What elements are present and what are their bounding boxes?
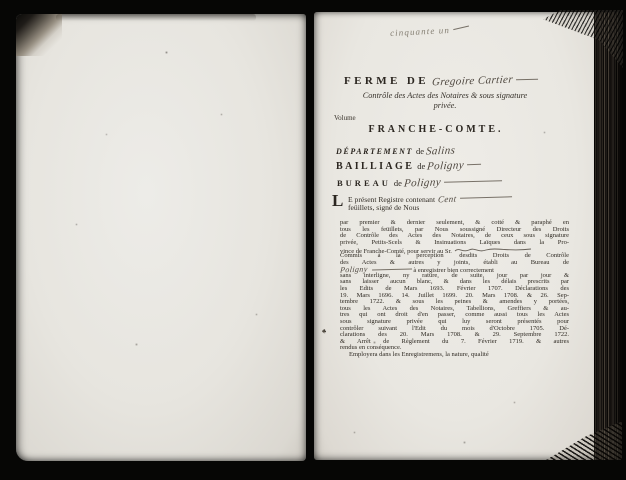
margin-mark: ♣ — [322, 328, 327, 336]
left-blank-page — [16, 14, 306, 461]
subtitle-line2: privée. — [326, 101, 564, 110]
handwritten-folio-annotation: cinquante un — [390, 24, 469, 38]
departement-label: DÉPARTEMENT — [336, 147, 413, 156]
subtitle-line1: Contrôle des Actes des Notaires & sous s… — [326, 91, 564, 100]
province-heading: FRANCHE-COMTE. — [326, 124, 546, 135]
bailliage-line: BAILLIAGEdePoligny — [336, 156, 481, 174]
right-title-page: cinquante un FERME DEGregoire Cartier Co… — [314, 12, 598, 460]
book-scan: cinquante un FERME DEGregoire Cartier Co… — [0, 0, 626, 480]
bureau-line: BUREAUdePoligny — [337, 173, 502, 191]
registre-count-handwritten: Cent — [438, 194, 457, 205]
ferme-name-handwritten: Gregoire Cartier — [431, 74, 513, 89]
dropcap-L: L — [332, 192, 343, 209]
ink-flourish — [516, 76, 538, 81]
annotation-text: cinquante un — [390, 25, 450, 38]
edge-smudge — [56, 14, 256, 21]
paper-specks — [314, 12, 315, 13]
bailliage-label: BAILLIAGE — [336, 161, 414, 172]
paragraph-line: privée, Petits-Scels & Insinuations Laïq… — [340, 240, 569, 247]
departement-prefix: de — [416, 146, 424, 156]
bureau-name-handwritten: Poligny — [340, 267, 368, 275]
ink-flourish — [444, 177, 502, 183]
ink-flourish — [453, 23, 469, 30]
bailliage-value-handwritten: Poligny — [427, 159, 465, 172]
body-paragraph: par premier & dernier seulement, & cotté… — [340, 220, 569, 358]
bailliage-prefix: de — [417, 161, 425, 171]
volume-label: Volume — [334, 114, 356, 122]
bureau-value-handwritten: Poligny — [403, 176, 441, 189]
ink-flourish — [460, 193, 512, 198]
bureau-label: BUREAU — [337, 178, 391, 188]
ferme-heading: FERME DEGregoire Cartier — [344, 71, 538, 89]
registre-line2: feüillets, signé de Nous — [348, 203, 419, 212]
bureau-prefix: de — [394, 178, 402, 188]
paragraph-line: Employera dans les Enregistremens, la na… — [340, 352, 569, 359]
paragraph-line: des Actes & autres y joints, établi au B… — [340, 260, 569, 267]
torn-corner — [16, 14, 62, 56]
paper-specks — [16, 14, 17, 15]
page-stack-edge — [594, 12, 622, 460]
ferme-label: FERME DE — [344, 75, 429, 87]
ink-flourish — [372, 266, 412, 271]
ink-flourish — [467, 161, 481, 165]
